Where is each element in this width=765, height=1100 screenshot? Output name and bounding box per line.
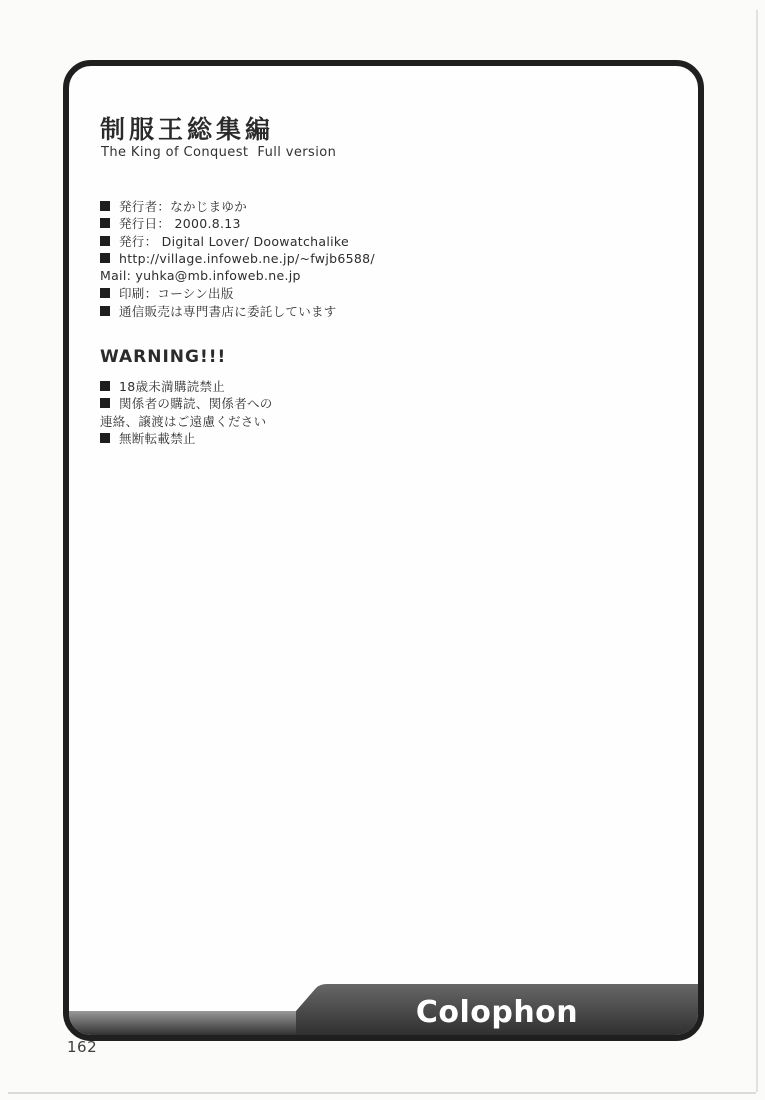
bullet-square-icon bbox=[100, 236, 110, 246]
colophon-page-content: 制服王総集編 The King of Conquest Full version… bbox=[69, 66, 698, 1035]
warning-list: 18歳未満購読禁止 関係者の購読、関係者への 連絡、譲渡はご遠慮ください 無断転… bbox=[100, 377, 273, 447]
list-item: 無断転載禁止 bbox=[100, 430, 273, 448]
bullet-square-icon bbox=[100, 381, 110, 391]
list-item-text: 関係者の購読、関係者への bbox=[119, 394, 273, 412]
list-item: http://village.infoweb.ne.jp/~fwjb6588/ bbox=[100, 250, 375, 268]
list-item: 印刷：コーシン出版 bbox=[100, 285, 375, 303]
list-item-text: 印刷：コーシン出版 bbox=[119, 284, 234, 302]
list-item-text: 発行者：なかじまゆか bbox=[119, 197, 247, 215]
publication-info-list: 発行者：なかじまゆか 発行日： 2000.8.13 発行： Digital Lo… bbox=[100, 197, 375, 320]
list-item: 発行者：なかじまゆか bbox=[100, 197, 375, 215]
list-item: 発行日： 2000.8.13 bbox=[100, 215, 375, 233]
bullet-square-icon bbox=[100, 306, 110, 316]
list-item: 関係者の購読、関係者への bbox=[100, 395, 273, 413]
list-item-text: 無断転載禁止 bbox=[119, 429, 196, 447]
bullet-square-icon bbox=[100, 433, 110, 443]
book-subtitle: The King of Conquest Full version bbox=[101, 145, 336, 160]
mail-address-text: Mail: yuhka@mb.infoweb.ne.jp bbox=[100, 268, 301, 283]
list-item: Mail: yuhka@mb.infoweb.ne.jp bbox=[100, 267, 375, 285]
list-item-text: 連絡、譲渡はご遠慮ください bbox=[100, 412, 266, 430]
list-item-text: 発行： Digital Lover/ Doowatchalike bbox=[119, 232, 349, 250]
scan-page-edge-bottom bbox=[8, 1092, 756, 1094]
bullet-square-icon bbox=[100, 218, 110, 228]
scan-page-edge-right bbox=[756, 10, 758, 1092]
list-item-continuation: 連絡、譲渡はご遠慮ください bbox=[100, 412, 273, 430]
list-item: 通信販売は専門書店に委託しています bbox=[100, 302, 375, 320]
list-item-text: 通信販売は専門書店に委託しています bbox=[119, 302, 337, 320]
bullet-square-icon bbox=[100, 398, 110, 408]
list-item-text: 発行日： 2000.8.13 bbox=[119, 214, 241, 232]
bullet-square-icon bbox=[100, 288, 110, 298]
list-item-text: 18歳未満購読禁止 bbox=[119, 377, 225, 395]
colophon-tab-label: Colophon bbox=[296, 996, 698, 1030]
list-item: 18歳未満購読禁止 bbox=[100, 377, 273, 395]
book-title: 制服王総集編 bbox=[100, 110, 274, 146]
bullet-square-icon bbox=[100, 253, 110, 263]
warning-heading: WARNING!!! bbox=[100, 347, 226, 367]
website-url-text: http://village.infoweb.ne.jp/~fwjb6588/ bbox=[119, 251, 375, 266]
list-item: 発行： Digital Lover/ Doowatchalike bbox=[100, 232, 375, 250]
page-number: 162 bbox=[67, 1038, 97, 1056]
colophon-page-frame: 制服王総集編 The King of Conquest Full version… bbox=[63, 60, 704, 1041]
bullet-square-icon bbox=[100, 201, 110, 211]
